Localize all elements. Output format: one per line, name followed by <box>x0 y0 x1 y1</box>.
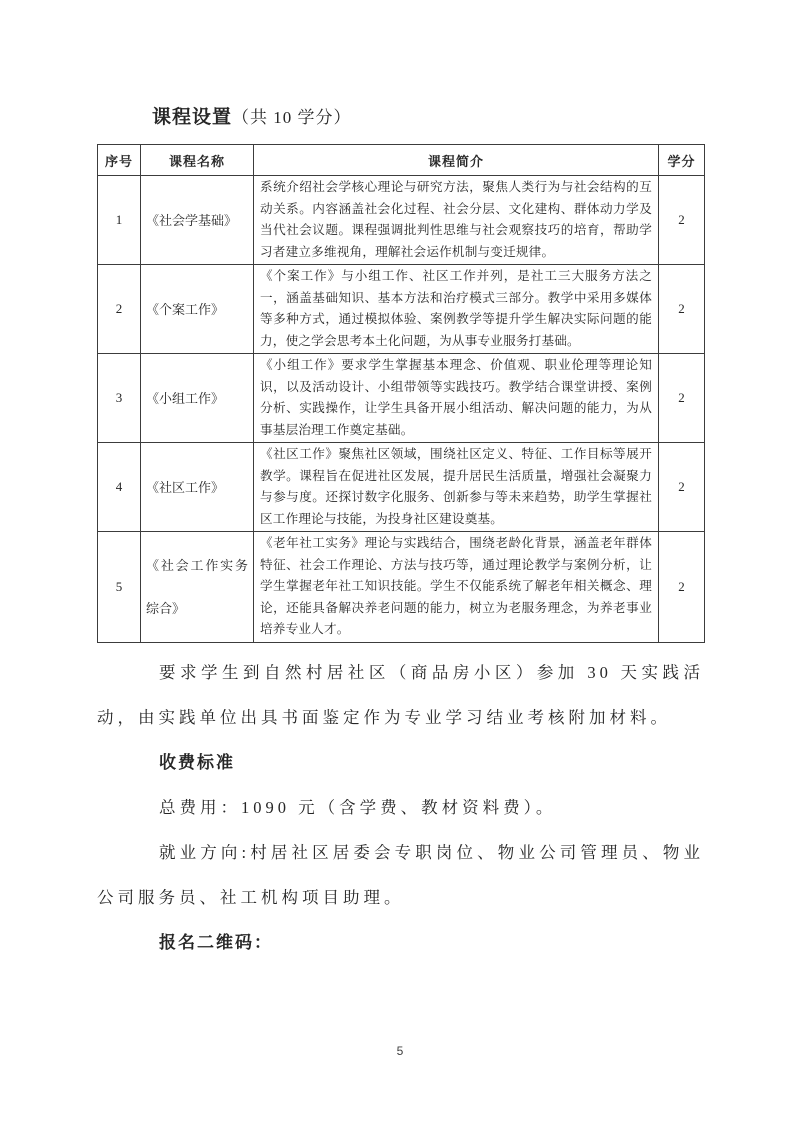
section-title-text: 课程设置 <box>152 107 232 128</box>
row-course-desc: 《个案工作》与小组工作、社区工作并列，是社工三大服务方法之一，涵盖基础知识、基本… <box>254 265 659 354</box>
row-course-desc: 《老年社工实务》理论与实践结合，围绕老龄化背景，涵盖老年群体特征、社会工作理论、… <box>254 532 659 643</box>
row-no: 4 <box>98 443 141 532</box>
qr-code-heading: 报名二维码： <box>159 920 704 965</box>
row-course-desc: 《社区工作》聚焦社区领域，围绕社区定义、特征、工作目标等展开教学。课程旨在促进社… <box>254 443 659 532</box>
row-credit: 2 <box>659 532 705 643</box>
row-no: 5 <box>98 532 141 643</box>
row-credit: 2 <box>659 176 705 265</box>
row-credit: 2 <box>659 443 705 532</box>
table-row: 2 《个案工作》 《个案工作》与小组工作、社区工作并列，是社工三大服务方法之一，… <box>98 265 705 354</box>
course-table: 序号 课程名称 课程简介 学分 1 《社会学基础》 系统介绍社会学核心理论与研究… <box>97 144 705 643</box>
course-table-body: 1 《社会学基础》 系统介绍社会学核心理论与研究方法，聚焦人类行为与社会结构的互… <box>98 176 705 643</box>
table-row: 3 《小组工作》 《小组工作》要求学生掌握基本理念、价值观、职业伦理等理论知识，… <box>98 354 705 443</box>
course-table-header: 序号 课程名称 课程简介 学分 <box>98 145 705 176</box>
employment-paragraph: 就业方向:村居社区居委会专职岗位、物业公司管理员、物业公司服务员、社工机构项目助… <box>97 830 704 920</box>
row-course-name: 《小组工作》 <box>141 354 254 443</box>
page-number: 5 <box>0 1044 800 1058</box>
header-name: 课程名称 <box>141 145 254 176</box>
row-no: 2 <box>98 265 141 354</box>
fee-heading: 收费标准 <box>159 740 704 785</box>
page-content: 课程设置（共 10 学分） 序号 课程名称 课程简介 学分 1 《社会学基础》 … <box>97 103 704 965</box>
row-credit: 2 <box>659 354 705 443</box>
table-row: 5 《社会工作实务综合》 《老年社工实务》理论与实践结合，围绕老龄化背景，涵盖老… <box>98 532 705 643</box>
header-credit: 学分 <box>659 145 705 176</box>
practice-paragraph: 要求学生到自然村居社区（商品房小区）参加 30 天实践活动，由实践单位出具书面鉴… <box>97 650 704 740</box>
header-no: 序号 <box>98 145 141 176</box>
row-course-name: 《社会学基础》 <box>141 176 254 265</box>
fee-paragraph: 总费用：1090 元（含学费、教材资料费）。 <box>97 785 704 830</box>
row-no: 3 <box>98 354 141 443</box>
row-credit: 2 <box>659 265 705 354</box>
section-title: 课程设置（共 10 学分） <box>152 103 704 133</box>
row-course-name: 《社区工作》 <box>141 443 254 532</box>
document-page: 课程设置（共 10 学分） 序号 课程名称 课程简介 学分 1 《社会学基础》 … <box>0 0 800 1132</box>
row-course-desc: 《小组工作》要求学生掌握基本理念、价值观、职业伦理等理论知识，以及活动设计、小组… <box>254 354 659 443</box>
table-row: 4 《社区工作》 《社区工作》聚焦社区领域，围绕社区定义、特征、工作目标等展开教… <box>98 443 705 532</box>
row-course-name: 《社会工作实务综合》 <box>141 532 254 643</box>
header-row: 序号 课程名称 课程简介 学分 <box>98 145 705 176</box>
section-title-credits: （共 10 学分） <box>232 108 352 127</box>
row-course-name: 《个案工作》 <box>141 265 254 354</box>
table-row: 1 《社会学基础》 系统介绍社会学核心理论与研究方法，聚焦人类行为与社会结构的互… <box>98 176 705 265</box>
row-course-desc: 系统介绍社会学核心理论与研究方法，聚焦人类行为与社会结构的互动关系。内容涵盖社会… <box>254 176 659 265</box>
row-no: 1 <box>98 176 141 265</box>
header-desc: 课程简介 <box>254 145 659 176</box>
